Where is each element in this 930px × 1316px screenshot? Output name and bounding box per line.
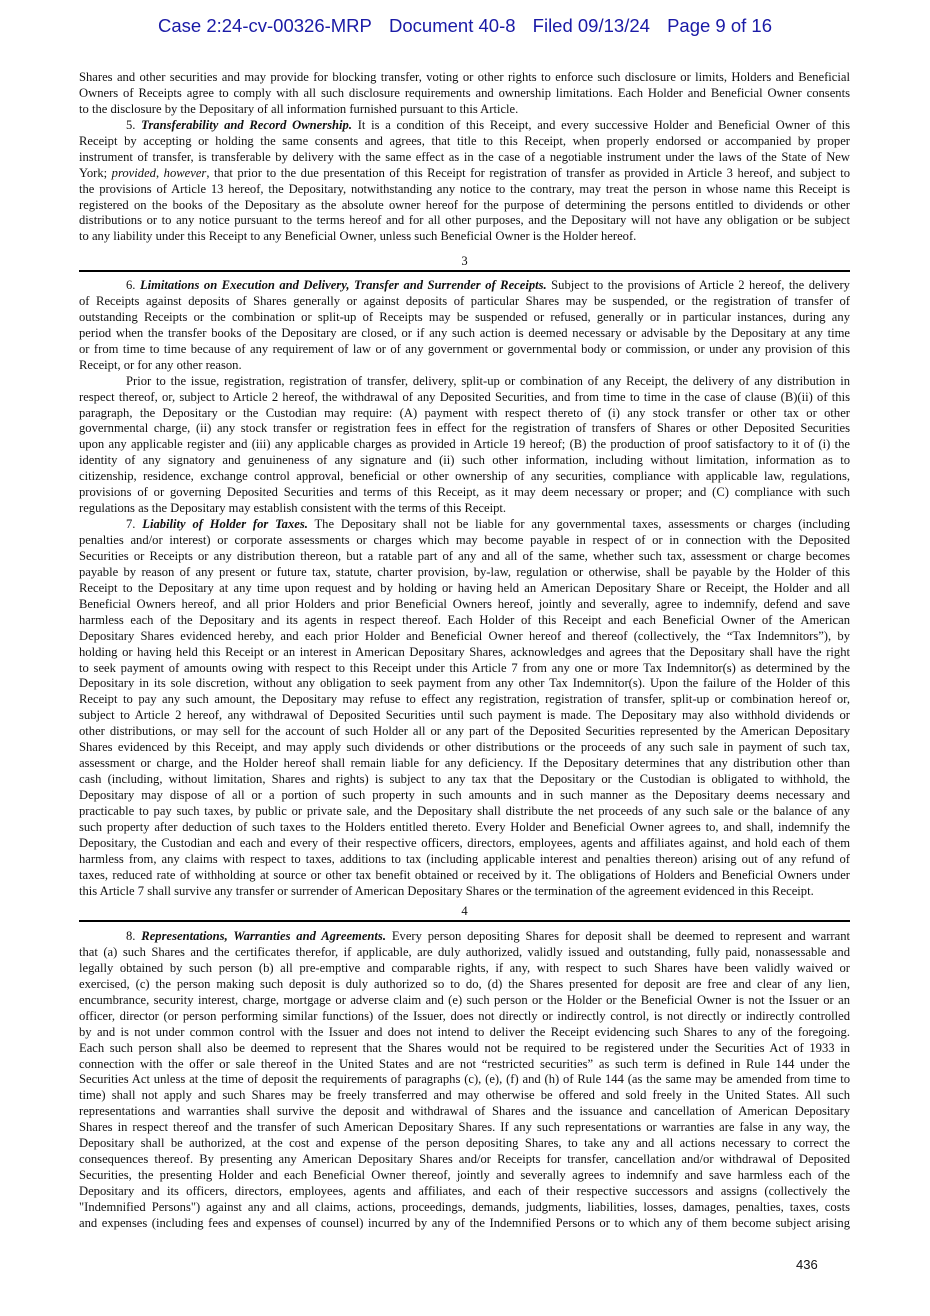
text-line: representations and warranties shall sur… bbox=[79, 1104, 850, 1120]
text-line: Shares evidenced by this Receipt, and ma… bbox=[79, 740, 850, 756]
page-block-2: 6. Limitations on Execution and Delivery… bbox=[79, 278, 850, 900]
text-line: holding or having held this Receipt or a… bbox=[79, 645, 850, 661]
case-header: Case 2:24-cv-00326-MRP Document 40-8 Fil… bbox=[0, 15, 930, 37]
text-line: governmental charge, (ii) any stock tran… bbox=[79, 421, 850, 437]
article-title: Liability of Holder for Taxes. bbox=[142, 517, 308, 531]
article-number: 5. bbox=[126, 118, 135, 132]
text-line: Shares in respect thereof and the transf… bbox=[79, 1120, 850, 1136]
italic-term: provided bbox=[112, 166, 156, 180]
article-title: Limitations on Execution and Delivery, T… bbox=[140, 278, 547, 292]
inner-page-number: 4 bbox=[79, 904, 850, 918]
text-line: harmless from, any claims with respect t… bbox=[79, 852, 850, 868]
text-line: such property after deduction of such ta… bbox=[79, 820, 850, 836]
page-divider bbox=[79, 920, 850, 922]
text-line: or from time to time because of any requ… bbox=[79, 342, 850, 358]
text-line: this Article 7 shall survive any transfe… bbox=[79, 884, 850, 900]
text-line: Securities Act unless at the time of dep… bbox=[79, 1072, 850, 1088]
text-line: consequences thereof. By presenting any … bbox=[79, 1152, 850, 1168]
text-line: to the disclosure by the Depositary of a… bbox=[79, 102, 850, 118]
text-line: taxes, reduced rate of withholding at so… bbox=[79, 868, 850, 884]
article-number: 6. bbox=[126, 278, 135, 292]
article-heading-line: 6. Limitations on Execution and Delivery… bbox=[79, 278, 850, 294]
text-line: to any liability under this Receipt to a… bbox=[79, 229, 850, 245]
text-line: Depositary, the Custodian and each and e… bbox=[79, 836, 850, 852]
filed-date: Filed 09/13/24 bbox=[533, 15, 650, 36]
text-line: Depositary shall be authorized, at the c… bbox=[79, 1136, 850, 1152]
article-heading-line: 7. Liability of Holder for Taxes. The De… bbox=[79, 517, 850, 533]
text-line: officer, director (or person performing … bbox=[79, 1009, 850, 1025]
text-line: Receipt to pay any such amount, the Depo… bbox=[79, 692, 850, 708]
disclosure-paragraph: Shares and other securities and may prov… bbox=[79, 70, 850, 118]
text-line: practicable to pay such taxes, by public… bbox=[79, 804, 850, 820]
text-run: The Depositary shall not be liable for a… bbox=[314, 517, 850, 531]
text-line: Receipt to the Depositary at any time up… bbox=[79, 581, 850, 597]
text-line: Depositary in its sole discretion, witho… bbox=[79, 676, 850, 692]
text-line: cash (including, without limitation, Sha… bbox=[79, 772, 850, 788]
text-line: Depositary Shares evidenced hereby, and … bbox=[79, 629, 850, 645]
text-line: assessment or charge, and the Holder her… bbox=[79, 756, 850, 772]
italic-term: however bbox=[164, 166, 207, 180]
article-7: 7. Liability of Holder for Taxes. The De… bbox=[79, 517, 850, 900]
page-block-1: Shares and other securities and may prov… bbox=[79, 70, 850, 245]
article-8: 8. Representations, Warranties and Agree… bbox=[79, 929, 850, 1232]
page-block-3: 8. Representations, Warranties and Agree… bbox=[79, 929, 850, 1232]
text-run: Every person depositing Shares for depos… bbox=[392, 929, 850, 943]
text-line: paragraph, the Depositary or the Custodi… bbox=[79, 406, 850, 422]
article-number: 8. bbox=[126, 929, 135, 943]
text-line: to seek payment of amounts owing with re… bbox=[79, 661, 850, 677]
text-run: , bbox=[156, 166, 164, 180]
text-line: respect thereof, or, subject to Article … bbox=[79, 390, 850, 406]
text-line: instrument of transfer, is transferable … bbox=[79, 150, 850, 166]
text-line: penalties and/or interest) or corporate … bbox=[79, 533, 850, 549]
page-break-1: 3 bbox=[79, 254, 850, 272]
text-line: legally obtained by such person (b) all … bbox=[79, 961, 850, 977]
text-line: Securities, the presenting Holder and ea… bbox=[79, 1168, 850, 1184]
text-line: subject to Article 2 hereof, any withdra… bbox=[79, 708, 850, 724]
text-line: that (a) such Shares and the certificate… bbox=[79, 945, 850, 961]
text-line: Prior to the issue, registration, regist… bbox=[79, 374, 850, 390]
text-line: registered on the books of the Depositar… bbox=[79, 198, 850, 214]
article-6: 6. Limitations on Execution and Delivery… bbox=[79, 278, 850, 517]
text-line: the provisions of Article 13 hereof, the… bbox=[79, 182, 850, 198]
article-number: 7. bbox=[126, 517, 135, 531]
case-number: Case 2:24-cv-00326-MRP bbox=[158, 15, 372, 36]
text-line: outstanding Receipts or the combination … bbox=[79, 310, 850, 326]
text-line: Securities or Receipts or any distributi… bbox=[79, 549, 850, 565]
text-line: time) shall not apply and such Shares ma… bbox=[79, 1088, 850, 1104]
bates-page-number: 436 bbox=[796, 1257, 818, 1272]
text-line: upon any applicable register and (iii) a… bbox=[79, 437, 850, 453]
text-line: "Indemnified Persons") against any and a… bbox=[79, 1200, 850, 1216]
text-run: It is a condition of this Receipt, and e… bbox=[358, 118, 850, 132]
text-line: of Receipts against deposits of Shares g… bbox=[79, 294, 850, 310]
text-line: Beneficial Owners hereof, and all prior … bbox=[79, 597, 850, 613]
text-line: harmless each of the Depositary and its … bbox=[79, 613, 850, 629]
page-break-2: 4 bbox=[79, 904, 850, 922]
text-line: encumbrance, security interest, charge, … bbox=[79, 993, 850, 1009]
article-5: 5. Transferability and Record Ownership.… bbox=[79, 118, 850, 246]
text-line: exercised, (c) the person making such de… bbox=[79, 977, 850, 993]
text-line: by and is not under common control with … bbox=[79, 1025, 850, 1041]
text-run: Subject to the provisions of Article 2 h… bbox=[551, 278, 850, 292]
text-line: provisions of or governing Deposited Sec… bbox=[79, 485, 850, 501]
text-run: York; bbox=[79, 166, 112, 180]
article-title: Transferability and Record Ownership. bbox=[141, 118, 352, 132]
text-line: other distributions, or may sell for the… bbox=[79, 724, 850, 740]
text-line: period when the transfer books of the De… bbox=[79, 326, 850, 342]
text-line: payable by reason of any present or futu… bbox=[79, 565, 850, 581]
article-heading-line: 8. Representations, Warranties and Agree… bbox=[79, 929, 850, 945]
text-line: citizenship, residence, exchange control… bbox=[79, 469, 850, 485]
text-line: connection with the offer or sale thereo… bbox=[79, 1057, 850, 1073]
inner-page-number: 3 bbox=[79, 254, 850, 268]
text-line: Depositary and its officers, directors, … bbox=[79, 1184, 850, 1200]
text-line: Receipt by accepting or holding the same… bbox=[79, 134, 850, 150]
page-divider bbox=[79, 270, 850, 272]
text-line: and expenses (including fees and expense… bbox=[79, 1216, 850, 1232]
text-line: Depositary may dispose of all or a porti… bbox=[79, 788, 850, 804]
text-line: Each such person shall also be deemed to… bbox=[79, 1041, 850, 1057]
text-line: identity of any signatory and genuinenes… bbox=[79, 453, 850, 469]
text-line: York; provided, however, that prior to t… bbox=[79, 166, 850, 182]
text-run: , that prior to the due presentation of … bbox=[206, 166, 850, 180]
text-line: distributions or to any notice pursuant … bbox=[79, 213, 850, 229]
text-line: Receipt, or for any other reason. bbox=[79, 358, 850, 374]
page-indicator: Page 9 of 16 bbox=[667, 15, 772, 36]
text-line: Owners of Receipts agree to comply with … bbox=[79, 86, 850, 102]
article-title: Representations, Warranties and Agreemen… bbox=[141, 929, 386, 943]
text-line: regulations as the Depositary may establ… bbox=[79, 501, 850, 517]
text-line: Shares and other securities and may prov… bbox=[79, 70, 850, 86]
article-heading-line: 5. Transferability and Record Ownership.… bbox=[79, 118, 850, 134]
document-number: Document 40-8 bbox=[389, 15, 515, 36]
